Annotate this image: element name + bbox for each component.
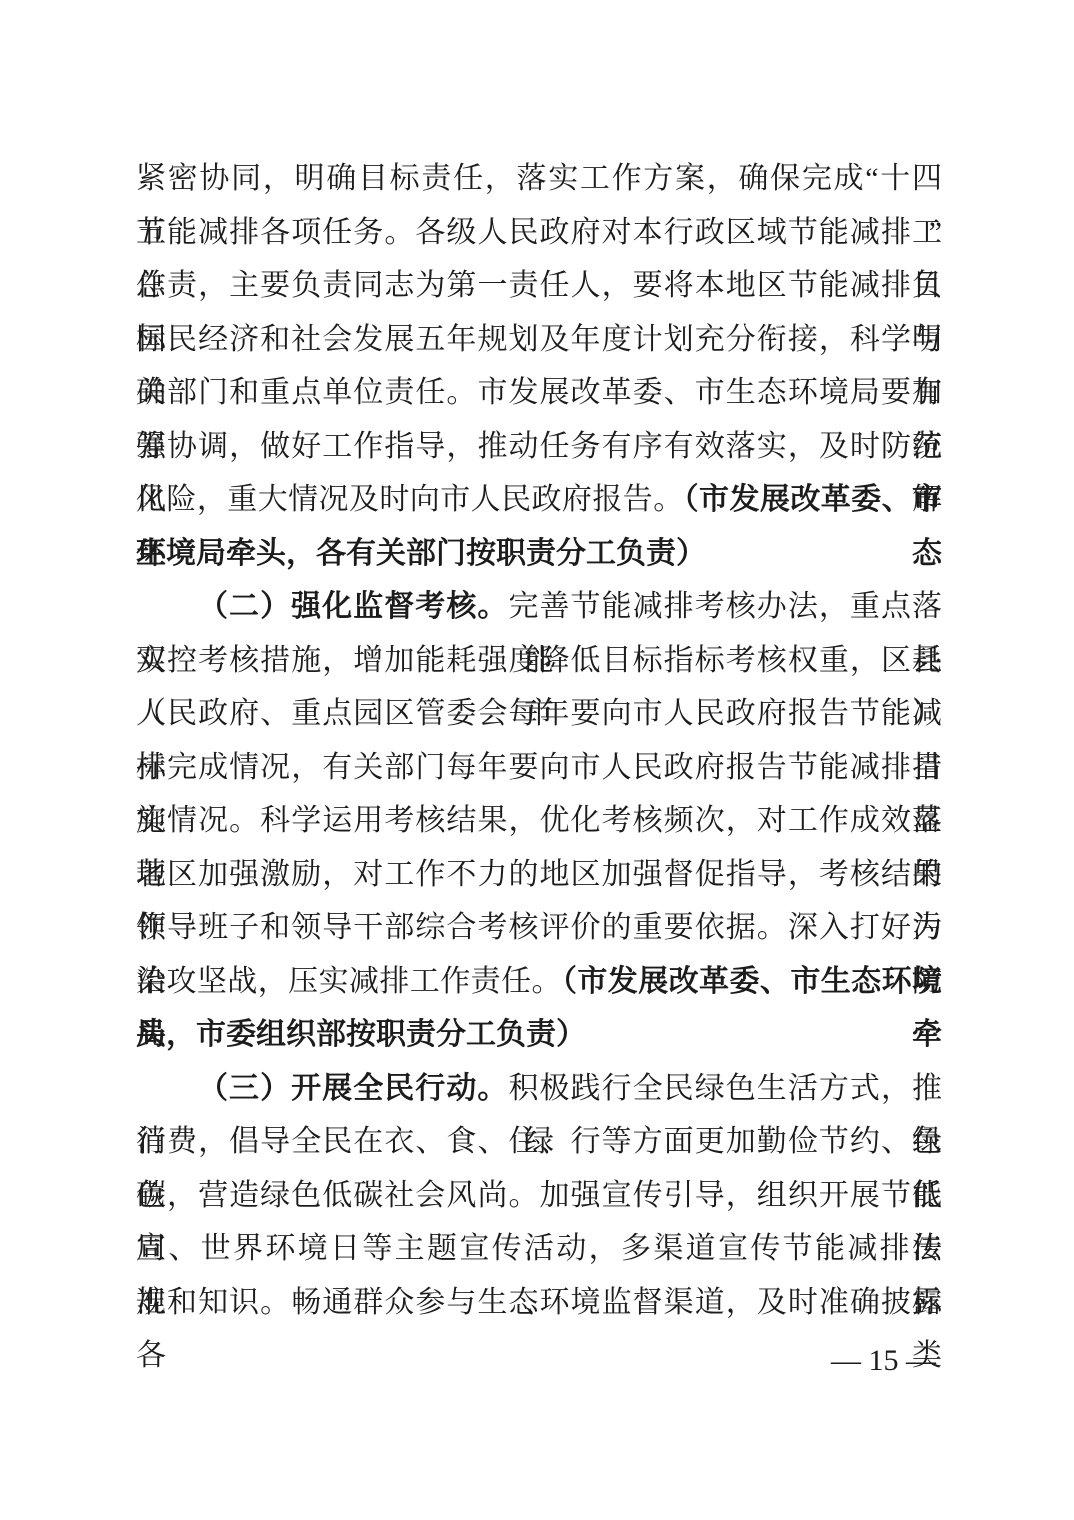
document-page: 紧密协同，明确目标责任，落实工作方案，确保完成“十四五”节能减排各项任务。各级人… xyxy=(0,0,1074,1520)
text-segment: 治攻坚战，压实减排工作责任。 xyxy=(136,965,562,998)
text-line: 国民经济和社会发展五年规划及年度计划充分衔接，科学明确有 xyxy=(136,313,942,367)
text-line: 总责，主要负责同志为第一责任人，要将本地区节能减排目标与 xyxy=(136,259,942,313)
text-line: 地区加强激励，对工作不力的地区加强督促指导，考核结果作为 xyxy=(136,848,942,902)
text-line: 治攻坚战，压实减排工作责任。（市发展改革委、市生态环境局牵 xyxy=(136,955,942,1009)
text-line: 紧密协同，明确目标责任，落实工作方案，确保完成“十四五” xyxy=(136,152,942,206)
text-line: 风险，重大情况及时向市人民政府报告。（市发展改革委、市生态 xyxy=(136,473,942,527)
bold-annotation-segment: 环境局牵头，各有关部门按职责分工负责） xyxy=(136,537,706,570)
text-line: 实情况。科学运用考核结果，优化考核频次，对工作成效显著的 xyxy=(136,794,942,848)
text-line: 消费，倡导全民在衣、食、住、行等方面更加勤俭节约、绿色低 xyxy=(136,1115,942,1169)
text-segment: 风险，重大情况及时向市人民政府报告。 xyxy=(136,483,684,516)
text-line: 关部门和重点单位责任。市发展改革委、市生态环境局要加强统 xyxy=(136,366,942,420)
text-line: 节能减排各项任务。各级人民政府对本行政区域节能减排工作负 xyxy=(136,206,942,260)
document-body: 紧密协同，明确目标责任，落实工作方案，确保完成“十四五”节能减排各项任务。各级人… xyxy=(136,152,942,1329)
text-line: 领导班子和领导干部综合考核评价的重要依据。深入打好污染防 xyxy=(136,901,942,955)
text-line: 周、世界环境日等主题宣传活动，多渠道宣传节能减排法规、标 xyxy=(136,1222,942,1276)
text-line: 碳，营造绿色低碳社会风尚。加强宣传引导，组织开展节能宣传 xyxy=(136,1169,942,1223)
text-line: （二）强化监督考核。完善节能减排考核办法，重点落实能耗 xyxy=(136,580,942,634)
bold-annotation-segment: 头，市委组织部按职责分工负责） xyxy=(136,1018,586,1051)
text-line: 标完成情况，有关部门每年要向市人民政府报告节能减排措施落 xyxy=(136,741,942,795)
text-line: 人民政府、重点园区管委会每年要向市人民政府报告节能减排目 xyxy=(136,687,942,741)
text-line: 筹协调，做好工作指导，推动任务有序有效落实，及时防范化解 xyxy=(136,420,942,474)
page-number: — 15 — xyxy=(136,1334,936,1387)
bold-annotation-segment: （二）强化监督考核。 xyxy=(198,590,508,623)
text-line: （三）开展全民行动。积极践行全民绿色生活方式，推行绿色 xyxy=(136,1062,942,1116)
text-line: 准和知识。畅通群众参与生态环境监督渠道，及时准确披露各类 xyxy=(136,1276,942,1330)
bold-annotation-segment: （三）开展全民行动。 xyxy=(198,1072,508,1105)
text-line: 双控考核措施，增加能耗强度降低目标指标考核权重，区县（市） xyxy=(136,634,942,688)
